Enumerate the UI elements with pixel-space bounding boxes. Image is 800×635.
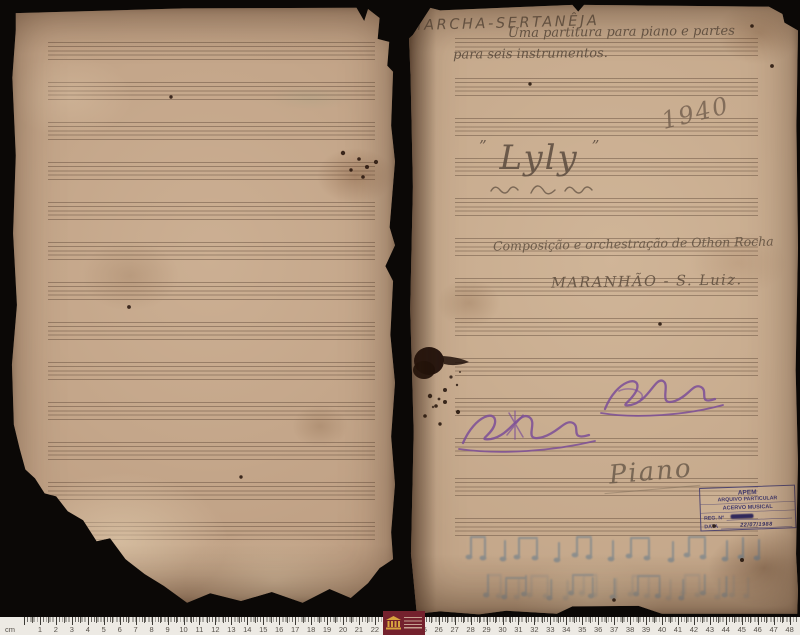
ruler-number: 20 <box>339 625 347 634</box>
ruler-half-tick <box>207 617 208 623</box>
ruler-number: 40 <box>658 625 666 634</box>
ruler-half-tick <box>526 617 527 623</box>
date-value: 22/07/1988 <box>740 521 773 528</box>
ruler-half-tick <box>718 617 719 623</box>
ruler-cm-tick <box>598 617 599 625</box>
ruler-cm-tick <box>215 617 216 625</box>
ruler-number: 7 <box>134 625 138 634</box>
ruler-number: 37 <box>610 625 618 634</box>
ruler-half-tick <box>112 617 113 623</box>
ruler-cm-tick <box>439 617 440 625</box>
ruler-number: 30 <box>498 625 506 634</box>
ruler-number: 35 <box>578 625 586 634</box>
ruler-half-tick <box>638 617 639 623</box>
ruler-cm-tick <box>104 617 105 625</box>
ruler-half-tick <box>558 617 559 623</box>
ruler-cm-tick <box>199 617 200 625</box>
ruler-cm-tick <box>534 617 535 625</box>
right-page-staves <box>455 38 758 558</box>
ruler-half-tick <box>271 617 272 623</box>
bleedthrough-notation <box>479 569 759 603</box>
ruler-half-tick <box>239 617 240 623</box>
ruler-half-tick <box>160 617 161 623</box>
archive-stamp-box: APEM ARQUIVO PARTICULAR ACERVO MUSICAL R… <box>699 485 796 532</box>
ruler-number: 46 <box>754 625 762 634</box>
staff-lines <box>48 282 375 300</box>
staff-lines <box>455 78 758 96</box>
ruler-half-tick <box>128 617 129 623</box>
ruler-number: 31 <box>514 625 522 634</box>
ruler-cm-tick <box>279 617 280 625</box>
ruler-cm-tick <box>503 617 504 625</box>
ruler-half-tick <box>750 617 751 623</box>
ruler-half-tick <box>782 617 783 623</box>
ruler-number: 32 <box>530 625 538 634</box>
ruler-number: 16 <box>275 625 283 634</box>
ruler-number: 8 <box>150 625 154 634</box>
ruler-half-tick <box>176 617 177 623</box>
staff-lines <box>455 38 758 56</box>
ruler-number: 6 <box>118 625 122 634</box>
ruler-half-tick <box>702 617 703 623</box>
ruler-number: 26 <box>435 625 443 634</box>
date-label: DATA <box>704 523 718 529</box>
ruler-cm-tick <box>56 617 57 625</box>
ruler-half-tick <box>335 617 336 623</box>
ruler-half-tick <box>686 617 687 623</box>
ruler-half-tick <box>654 617 655 623</box>
ruler-cm-tick <box>184 617 185 625</box>
reg-label: REG. Nº <box>704 514 724 521</box>
ruler-number: 9 <box>165 625 169 634</box>
ruler-cm-tick <box>359 617 360 625</box>
ruler-number: 10 <box>179 625 187 634</box>
ruler-number: 15 <box>259 625 267 634</box>
ruler-number: 12 <box>211 625 219 634</box>
ruler-number: 41 <box>674 625 682 634</box>
ruler-half-tick <box>191 617 192 623</box>
ruler-half-tick <box>766 617 767 623</box>
staff-lines <box>455 238 758 256</box>
ruler-number: 33 <box>546 625 554 634</box>
staff-lines <box>455 318 758 336</box>
ruler-half-tick <box>606 617 607 623</box>
ruler-cm-tick <box>582 617 583 625</box>
ruler-number: 21 <box>355 625 363 634</box>
ruler-number: 48 <box>785 625 793 634</box>
ruler-number: 28 <box>466 625 474 634</box>
ruler-half-tick <box>223 617 224 623</box>
staff-lines <box>48 482 375 500</box>
ruler-cm-tick <box>263 617 264 625</box>
ruler-number: 42 <box>690 625 698 634</box>
ruler-number: 11 <box>196 625 204 634</box>
ruler-number: 4 <box>86 625 90 634</box>
ruler-cm-tick <box>758 617 759 625</box>
ruler-half-tick <box>287 617 288 623</box>
ruler-number: 38 <box>626 625 634 634</box>
staff-lines <box>455 158 758 176</box>
apem-logo <box>383 611 425 635</box>
ruler-number: 2 <box>54 625 58 634</box>
building-icon <box>386 616 401 630</box>
ruler-number: 5 <box>102 625 106 634</box>
ruler-number: 34 <box>562 625 570 634</box>
ruler-cm-tick <box>694 617 695 625</box>
staff-lines <box>48 522 375 540</box>
staff-lines <box>48 362 375 380</box>
manuscript-scan: Uma partitura para piano e partes para s… <box>0 0 800 635</box>
ruler-half-tick <box>319 617 320 623</box>
ruler-number: 19 <box>323 625 331 634</box>
ruler-number: 13 <box>227 625 235 634</box>
ruler-half-tick <box>510 617 511 623</box>
ruler-cm-tick <box>630 617 631 625</box>
ruler-half-tick <box>48 617 49 623</box>
staff-lines <box>455 398 758 416</box>
ruler-number: 47 <box>769 625 777 634</box>
ruler-cm-tick <box>471 617 472 625</box>
ruler-cm-tick <box>566 617 567 625</box>
ruler-cm-tick <box>136 617 137 625</box>
ruler-half-tick <box>463 617 464 623</box>
ruler-number: 14 <box>243 625 251 634</box>
ruler-number: 29 <box>482 625 490 634</box>
ruler-cm-tick <box>790 617 791 625</box>
ruler-cm-tick <box>614 617 615 625</box>
ruler-cm-tick <box>343 617 344 625</box>
staff-lines <box>48 162 375 180</box>
ruler-half-tick <box>734 617 735 623</box>
ruler-number: 39 <box>642 625 650 634</box>
ruler-half-tick <box>351 617 352 623</box>
ruler-cm-tick <box>311 617 312 625</box>
paper-specks <box>409 3 411 5</box>
ruler-cm-tick <box>168 617 169 625</box>
ruler-cm-tick <box>120 617 121 625</box>
logo-text-lines <box>404 617 422 629</box>
staff-lines <box>48 322 375 340</box>
date-line: 22/07/1988 <box>721 520 793 529</box>
ruler-cm-tick <box>375 617 376 625</box>
staff-lines <box>48 242 375 260</box>
ruler-cm-tick <box>646 617 647 625</box>
staff-lines <box>455 438 758 456</box>
ruler-cm-tick <box>247 617 248 625</box>
ruler-cm-tick <box>487 617 488 625</box>
ruler-number: 27 <box>450 625 458 634</box>
ruler-half-tick <box>447 617 448 623</box>
ruler-half-tick <box>670 617 671 623</box>
genre-title: MARCHA-SERTANÊJA <box>409 8 798 34</box>
staff-lines <box>455 198 758 216</box>
reg-number-scribble <box>730 514 753 519</box>
ruler-cm-tick <box>742 617 743 625</box>
ruler-number: 17 <box>291 625 299 634</box>
ruler-half-tick <box>303 617 304 623</box>
ruler-number: 43 <box>706 625 714 634</box>
staff-lines <box>48 122 375 140</box>
ruler-half-tick <box>96 617 97 623</box>
paper-specks <box>10 6 12 8</box>
ruler-number: 18 <box>307 625 315 634</box>
ruler-cm-tick <box>327 617 328 625</box>
staff-lines <box>455 278 758 296</box>
staff-lines <box>455 118 758 136</box>
ruler-half-tick <box>431 617 432 623</box>
ruler-half-tick <box>64 617 65 623</box>
ruler-cm-tick <box>455 617 456 625</box>
ruler-half-tick <box>144 617 145 623</box>
ruler-half-tick <box>80 617 81 623</box>
ruler-number: 44 <box>722 625 730 634</box>
staff-lines <box>48 402 375 420</box>
ruler-cm-tick <box>40 617 41 625</box>
ruler-cm-tick <box>72 617 73 625</box>
ruler-half-tick <box>590 617 591 623</box>
ruler-unit-label: cm <box>5 625 15 634</box>
right-page: Uma partitura para piano e partes para s… <box>409 3 798 615</box>
ruler-number: 36 <box>594 625 602 634</box>
staff-lines <box>48 42 375 60</box>
ruler-cm-tick <box>88 617 89 625</box>
ruler-half-tick <box>32 617 33 623</box>
ruler-number: 1 <box>38 625 42 634</box>
ruler-cm-tick <box>710 617 711 625</box>
ruler-cm-tick <box>662 617 663 625</box>
ruler-half-tick <box>622 617 623 623</box>
staff-lines <box>48 202 375 220</box>
bleedthrough-notation <box>461 531 771 565</box>
left-page-staves <box>48 42 375 562</box>
ruler-cm-tick <box>152 617 153 625</box>
ruler-half-tick <box>479 617 480 623</box>
ruler-cm-tick <box>678 617 679 625</box>
ruler-half-tick <box>542 617 543 623</box>
ruler-number: 22 <box>371 625 379 634</box>
staff-lines <box>48 82 375 100</box>
left-page <box>10 6 395 604</box>
ruler-cm-tick <box>295 617 296 625</box>
staff-lines <box>455 358 758 376</box>
ruler-cm-tick <box>774 617 775 625</box>
ruler-half-tick <box>255 617 256 623</box>
ruler-cm-tick <box>518 617 519 625</box>
ruler-cm-tick <box>231 617 232 625</box>
ruler-half-tick <box>495 617 496 623</box>
ruler-cm-tick <box>24 617 25 625</box>
ruler-half-tick <box>574 617 575 623</box>
ruler-half-tick <box>367 617 368 623</box>
ruler-number: 3 <box>70 625 74 634</box>
ruler-cm-tick <box>550 617 551 625</box>
staff-lines <box>48 442 375 460</box>
ruler-number: 45 <box>738 625 746 634</box>
ruler-cm-tick <box>726 617 727 625</box>
